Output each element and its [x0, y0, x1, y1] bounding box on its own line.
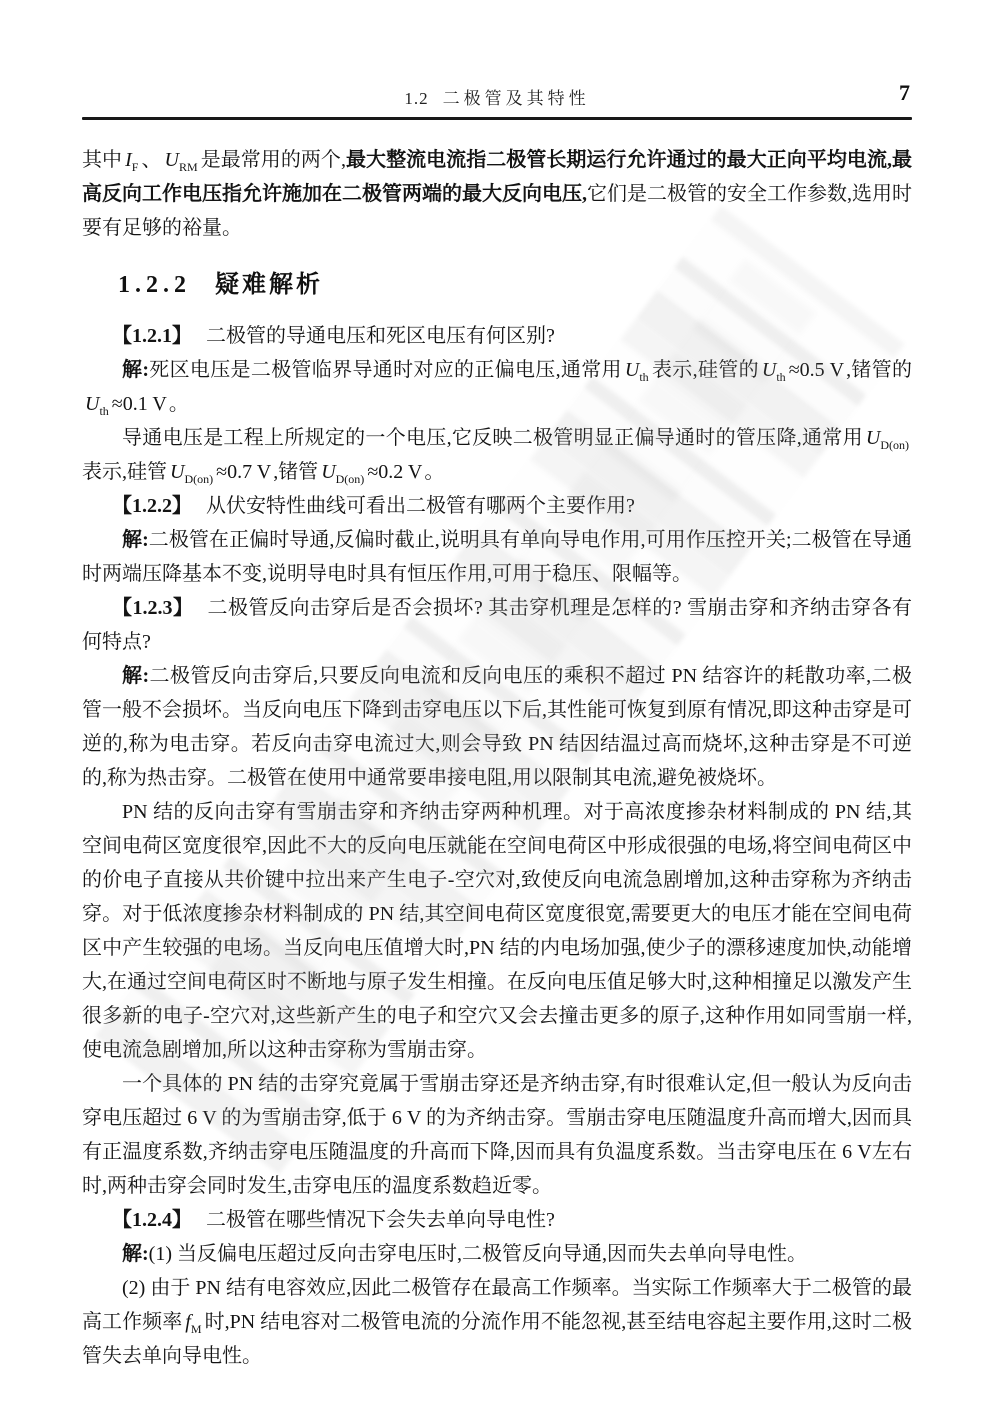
math-variable: IF [125, 149, 138, 171]
paragraph: PN 结的反向击穿有雪崩击穿和齐纳击穿两种机理。对于高浓度掺杂材料制成的 PN … [82, 795, 912, 1067]
solution-paragraph: 解:二极管在正偏时导通,反偏时截止,说明具有单向导电作用,可用作压控开关;二极管… [82, 523, 912, 591]
text-run: 二极管反向击穿后,只要反向电流和反向电压的乘积不超过 PN 结容许的耗散功率,二… [82, 665, 912, 789]
section-heading-title: 疑难解析 [215, 272, 323, 298]
question-heading: 【1.2.2】从伏安特性曲线可看出二极管有哪两个主要作用? [82, 489, 912, 523]
text-run: 。 [169, 393, 189, 415]
text-run: ,锗管的 [846, 359, 912, 381]
paragraph: 一个具体的 PN 结的击穿究竟属于雪崩击穿还是齐纳击穿,有时很难认定,但一般认为… [82, 1067, 912, 1203]
math-variable: URM [165, 149, 198, 171]
text-run: 死区电压是二极管临界导通时对应的正偏电压,通常用 [149, 359, 622, 381]
textbook-page: 1.2二极管及其特性 7 其中IF、URM是最常用的两个,最大整流电流指二极管长… [0, 0, 992, 1403]
section-heading-number: 1.2.2 [118, 272, 191, 298]
question-text: 二极管反向击穿后是否会损坏? 其击穿机理是怎样的? 雪崩击穿和齐纳击穿各有何特点… [82, 597, 912, 653]
text-run: 是最常用的两个, [201, 149, 346, 171]
header-center: 1.2二极管及其特性 [82, 84, 912, 109]
text-run: 表示,硅管的 [652, 359, 759, 381]
intro-paragraph: 其中IF、URM是最常用的两个,最大整流电流指二极管长期运行允许通过的最大正向平… [82, 143, 912, 245]
question-number: 【1.2.1】 [112, 325, 192, 347]
math-variable: UD(on) [866, 427, 909, 449]
bold-text: 解: [122, 359, 149, 381]
bold-text: 解: [122, 529, 149, 551]
question-heading: 【1.2.1】二极管的导通电压和死区电压有何区别? [82, 319, 912, 353]
question-number: 【1.2.2】 [112, 495, 192, 517]
page-body: 其中IF、URM是最常用的两个,最大整流电流指二极管长期运行允许通过的最大正向平… [82, 143, 912, 1373]
question-heading: 【1.2.3】二极管反向击穿后是否会损坏? 其击穿机理是怎样的? 雪崩击穿和齐纳… [82, 591, 912, 659]
text-run: (1) 当反偏电压超过反向击穿电压时,二极管反向导通,因而失去单向导电性。 [149, 1243, 807, 1265]
solution-paragraph: 解:二极管反向击穿后,只要反向电流和反向电压的乘积不超过 PN 结容许的耗散功率… [82, 659, 912, 795]
text-run: 、 [141, 149, 161, 171]
math-value: ≈0.1 V [112, 393, 167, 415]
text-run: 一个具体的 PN 结的击穿究竟属于雪崩击穿还是齐纳击穿,有时很难认定,但一般认为… [82, 1073, 912, 1197]
text-run: 表示,硅管 [82, 461, 167, 483]
section-heading: 1.2.2疑难解析 [82, 270, 912, 300]
math-variable: UD(on) [170, 461, 213, 483]
question-text: 二极管的导通电压和死区电压有何区别? [206, 325, 555, 347]
question-heading: 【1.2.4】二极管在哪些情况下会失去单向导电性? [82, 1203, 912, 1237]
header-rule [82, 117, 912, 120]
math-value: ≈0.7 V [216, 461, 271, 483]
text-run: 其中 [82, 149, 122, 171]
math-variable: Uth [762, 359, 786, 381]
math-variable: fM [185, 1311, 201, 1333]
bold-text: 解: [122, 665, 149, 687]
solution-paragraph: 解:死区电压是二极管临界导通时对应的正偏电压,通常用Uth表示,硅管的Uth≈0… [82, 353, 912, 421]
math-variable: Uth [85, 393, 109, 415]
page-number: 7 [899, 80, 910, 106]
question-number: 【1.2.3】 [112, 597, 193, 619]
paragraph: 导通电压是工程上所规定的一个电压,它反映二极管明显正偏导通时的管压降,通常用UD… [82, 421, 912, 489]
math-value: ≈0.2 V [367, 461, 422, 483]
question-text: 二极管在哪些情况下会失去单向导电性? [206, 1209, 555, 1231]
text-run: 二极管在正偏时导通,反偏时截止,说明具有单向导电作用,可用作压控开关;二极管在导… [82, 529, 912, 585]
question-text: 从伏安特性曲线可看出二极管有哪两个主要作用? [206, 495, 635, 517]
running-header: 1.2二极管及其特性 7 [82, 84, 912, 110]
text-run: PN 结的反向击穿有雪崩击穿和齐纳击穿两种机理。对于高浓度掺杂材料制成的 PN … [82, 801, 912, 1061]
math-variable: Uth [625, 359, 649, 381]
header-title: 二极管及其特性 [443, 89, 590, 108]
text-run: 时,PN 结电容对二极管电流的分流作用不能忽视,甚至结电容起主要作用,这时二极管… [82, 1311, 912, 1367]
question-number: 【1.2.4】 [112, 1209, 192, 1231]
math-value: ≈0.5 V [789, 359, 844, 381]
math-variable: UD(on) [321, 461, 364, 483]
text-run: 。 [424, 461, 444, 483]
solution-paragraph: 解:(1) 当反偏电压超过反向击穿电压时,二极管反向导通,因而失去单向导电性。 [82, 1237, 912, 1271]
bold-text: 解: [122, 1243, 149, 1265]
text-run: ,锗管 [273, 461, 318, 483]
header-section-number: 1.2 [404, 89, 428, 108]
paragraph: (2) 由于 PN 结有电容效应,因此二极管存在最高工作频率。当实际工作频率大于… [82, 1271, 912, 1373]
text-run: 导通电压是工程上所规定的一个电压,它反映二极管明显正偏导通时的管压降,通常用 [122, 427, 863, 449]
